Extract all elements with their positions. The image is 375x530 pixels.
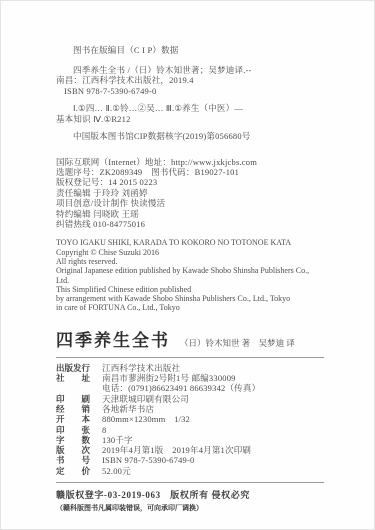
pub-label: 定 价 <box>56 466 93 476</box>
cip-class-line2: 基本知识 Ⅳ.①R212 <box>56 114 324 125</box>
pub-value: 52.00元 <box>102 466 131 476</box>
pub-row-address: 社 址 南昌市蓼洲街2号附1号 邮编330009 <box>56 373 324 383</box>
author-translator: （日）铃木知世 著 吴梦迪 译 <box>180 337 295 349</box>
page-content: 图书在版编目（C I P）数据 四季养生全书 /（日）铃木知世著；吴梦迪译.--… <box>1 1 374 513</box>
publication-details: 出版发行 江西科学技术出版社 社 址 南昌市蓼洲街2号附1号 邮编330009 … <box>56 363 324 476</box>
copyright-registration-line: 版权登记号：14 2015 0223 <box>56 177 324 187</box>
edition-info-block: 国际互联网（Internet）地址：http://www.jxkjcbs.com… <box>56 157 324 230</box>
exchange-note: （赣科版图书凡属印装错误，可向承印厂调换） <box>56 503 324 513</box>
cip-header: 图书在版编目（C I P）数据 <box>56 45 324 56</box>
pub-value: 8 <box>102 425 106 435</box>
pub-label: 经 销 <box>56 404 93 414</box>
pub-row-format: 开 本 880mm×1230mm 1/32 <box>56 414 324 424</box>
topic-serial-line: 选题序号：ZK2089349 图书代码：B19027-101 <box>56 167 324 177</box>
pub-value: 130千字 <box>102 435 133 445</box>
care-of-line: in care of FORTUNA Co., Ltd., Tokyo <box>56 303 324 312</box>
chinese-edition-line: This Simplified Chinese edition publishe… <box>56 285 324 294</box>
divider-top <box>56 357 324 358</box>
pub-value: 南昌市蓼洲街2号附1号 邮编330009 <box>102 373 236 383</box>
cip-record-line: 中国版本图书馆CIP数据核字(2019)第056680号 <box>56 131 324 142</box>
pub-label: 出版发行 <box>56 363 93 373</box>
english-copyright-block: TOYO IGAKU SHIKI, KARADA TO KOKORO NO TO… <box>56 238 324 312</box>
copyright-holder-line: Copyright © Chise Suzuki 2016 <box>56 248 324 257</box>
pub-row-phone: 电话：(0791)86623491 86639342（传真） <box>56 383 324 393</box>
special-editor-line: 特约编辑 闫晓欧 王瑶 <box>56 209 324 219</box>
cip-block: 图书在版编目（C I P）数据 四季养生全书 /（日）铃木知世著；吴梦迪译.--… <box>56 45 324 142</box>
pub-label: 社 址 <box>56 373 93 383</box>
divider-bottom <box>56 482 324 483</box>
pub-label: 版 次 <box>56 445 93 455</box>
cip-isbn-line: ISBN 978-7-5390-6749-0 <box>56 86 324 97</box>
pub-value: 2019年4月第1版 2019年4月第1次印刷 <box>102 445 251 455</box>
cip-class-line1: Ⅰ.①四… Ⅱ.①铃…②吴… Ⅲ.①养生（中医）— <box>56 103 324 114</box>
book-title: 四季养生全书 <box>56 326 170 351</box>
pub-row-edition: 版 次 2019年4月第1版 2019年4月第1次印刷 <box>56 445 324 455</box>
pub-label: 印 张 <box>56 425 93 435</box>
pub-label: 印 刷 <box>56 394 93 404</box>
error-hotline-line: 纠错热线 010-84775016 <box>56 219 324 229</box>
original-edition-line: Original Japanese edition published by K… <box>56 266 324 285</box>
pub-label: 书 号 <box>56 455 93 465</box>
pub-row-printer: 印 刷 天津联城印刷有限公司 <box>56 394 324 404</box>
copyright-page: 图书在版编目（C I P）数据 四季养生全书 /（日）铃木知世著；吴梦迪译.--… <box>0 0 375 530</box>
arrangement-line: by arrangement with Kawade Shobo Shinsha… <box>56 294 324 303</box>
pub-value: 江西科学技术出版社 <box>102 363 180 373</box>
cip-entry-line2: 南昌：江西科学技术出版社，2019.4 <box>56 75 324 86</box>
pub-label: 开 本 <box>56 414 93 424</box>
pub-value: ISBN 978-7-5390-6749-0 <box>102 455 194 465</box>
pub-row-wordcount: 字 数 130千字 <box>56 435 324 445</box>
original-title-line: TOYO IGAKU SHIKI, KARADA TO KOKORO NO TO… <box>56 238 324 247</box>
responsible-editor-line: 责任编辑 于玲玲 刘函婷 <box>56 188 324 198</box>
project-design-line: 项目创意/设计制作 快读慢活 <box>56 198 324 208</box>
pub-row-isbn: 书 号 ISBN 978-7-5390-6749-0 <box>56 455 324 465</box>
pub-value: 天津联城印刷有限公司 <box>102 394 189 404</box>
pub-value: 各地新华书店 <box>102 404 154 414</box>
title-row: 四季养生全书 （日）铃木知世 著 吴梦迪 译 <box>56 326 324 351</box>
pub-label <box>56 383 93 393</box>
rights-statement: 赣版权登字-03-2019-063 版权所有 侵权必究 <box>56 488 324 501</box>
pub-row-distributor: 经 销 各地新华书店 <box>56 404 324 414</box>
internet-address-line: 国际互联网（Internet）地址：http://www.jxkjcbs.com <box>56 157 324 167</box>
pub-label: 字 数 <box>56 435 93 445</box>
pub-row-publisher: 出版发行 江西科学技术出版社 <box>56 363 324 373</box>
pub-row-price: 定 价 52.00元 <box>56 466 324 476</box>
pub-row-sheets: 印 张 8 <box>56 425 324 435</box>
pub-value: 电话：(0791)86623491 86639342（传真） <box>102 383 260 393</box>
pub-value: 880mm×1230mm 1/32 <box>102 414 190 424</box>
rights-reserved-line: All rights reserved. <box>56 257 324 266</box>
cip-entry-line1: 四季养生全书 /（日）铃木知世著；吴梦迪译.-- <box>56 65 324 76</box>
